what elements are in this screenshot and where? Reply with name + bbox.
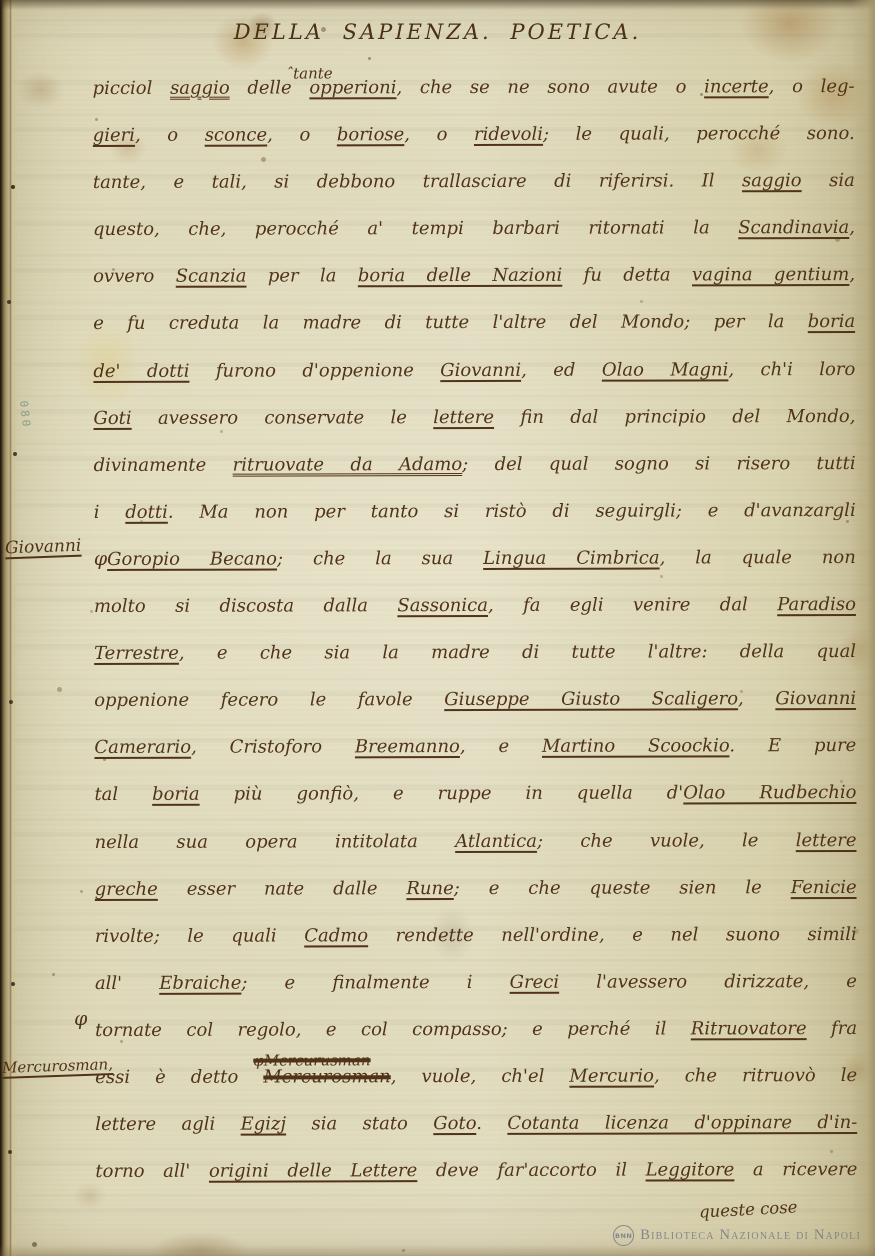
- text-run: sia stato: [286, 1113, 433, 1134]
- underlined-word: Breemanno: [355, 736, 460, 757]
- text-run: . E pure: [729, 735, 856, 756]
- underlined-word: incerte: [704, 76, 769, 97]
- underlined-word: lettere: [796, 830, 857, 851]
- text-run: ; del qual sogno si risero tutti: [462, 453, 855, 475]
- underlined-word: Ritruovatore: [691, 1018, 807, 1039]
- text-run: , la quale non: [660, 547, 856, 569]
- text-run: ,: [849, 264, 855, 285]
- underlined-word: Scanzia: [176, 266, 247, 287]
- underlined-word: Paradiso: [777, 594, 856, 615]
- page-edge-bottom: [0, 1244, 875, 1256]
- text-run: ,: [849, 217, 855, 238]
- library-watermark: BNN Biblioteca Nazionale di Napoli: [613, 1225, 861, 1246]
- underlined-word: dotti: [125, 502, 168, 523]
- text-run: molto si discosta dalla: [94, 595, 398, 617]
- text-run: , o: [404, 124, 474, 145]
- manuscript-scan-page: DELLA SAPIENZA. POETICA. picciol saggio …: [0, 0, 875, 1256]
- text-run: ovvero: [93, 266, 176, 287]
- manuscript-line: lettere agli Egizj sia stato Goto. Cotan…: [95, 1099, 857, 1148]
- library-watermark-label: Biblioteca Nazionale di Napoli: [640, 1227, 861, 1244]
- underlined-word: Lingua Cimbrica: [483, 547, 659, 568]
- underlined-word: boriose: [337, 124, 405, 145]
- text-run: ; che vuole, le: [537, 830, 796, 852]
- underlined-word: Terrestre: [94, 643, 179, 664]
- manuscript-line: tal boria più gonfiò, e ruppe in quella …: [94, 769, 856, 818]
- text-run: ,: [738, 688, 775, 709]
- underlined-word: sconce: [205, 125, 268, 146]
- text-run: fra: [807, 1018, 858, 1039]
- text-run: rendette nell'ordine, e nel suono simili: [368, 924, 857, 946]
- page-edge-top: [0, 0, 875, 10]
- text-run: , vuole, ch'el: [391, 1066, 570, 1087]
- manuscript-line: divinamente ritruovate da Adamo; del qua…: [94, 440, 856, 489]
- margin-note: Giovanni: [5, 536, 82, 559]
- text-run: più gonfiò, e ruppe in quella d': [200, 783, 684, 805]
- manuscript-line: torno all' origini delle Lettere deve fa…: [95, 1146, 857, 1195]
- manuscript-line: molto si discosta dalla Sassonica, fa eg…: [94, 581, 856, 630]
- underlined-word: ridevoli: [474, 124, 543, 145]
- text-run: , ch'i loro: [728, 359, 855, 380]
- text-run: ; che la sua: [277, 548, 483, 570]
- text-run: , fa egli venire dal: [488, 594, 777, 616]
- manuscript-line: greche esser nate dalle Rune; e che ques…: [95, 864, 857, 913]
- text-run: tante, e tali, si debbono trallasciare d…: [93, 170, 742, 193]
- text-run: lettere agli: [95, 1114, 240, 1135]
- underlined-word: Fenicie: [791, 877, 857, 898]
- text-run: sia: [802, 170, 855, 191]
- underlined-word: lettere: [433, 407, 494, 428]
- text-run: questo, che, perocché a' tempi barbari r…: [93, 218, 738, 241]
- library-monogram-icon: BNN: [613, 1225, 634, 1246]
- manuscript-line: i dotti. Ma non per tanto si ristò di se…: [94, 487, 856, 536]
- text-run: , e che sia la madre di tutte l'altre: d…: [179, 641, 856, 664]
- page-title: DELLA SAPIENZA. POETICA.: [0, 20, 875, 44]
- text-run: fu detta: [562, 265, 692, 286]
- underlined-word: Mercurio: [569, 1066, 654, 1087]
- text-run: ; le quali, perocché sono.: [543, 123, 855, 145]
- underlined-word: Martino Scoockio: [542, 736, 729, 757]
- text-run: deve far'accorto il: [417, 1160, 645, 1182]
- text-run: i: [94, 502, 126, 523]
- underlined-word: boria delle Nazioni: [358, 265, 563, 287]
- underlined-word: Olao Magni: [602, 359, 729, 380]
- text-run: picciol: [93, 78, 171, 99]
- underlined-word: greche: [95, 878, 158, 899]
- manuscript-line: φGoropio Becano; che la sua Lingua Cimbr…: [94, 534, 856, 583]
- text-run: essi è detto: [95, 1067, 263, 1088]
- text-run: tal: [94, 784, 152, 805]
- text-run: all': [95, 973, 159, 994]
- manuscript-text: picciol saggio delleˆtante opperioni, ch…: [93, 63, 858, 1195]
- text-run: avessero conservate le: [132, 407, 434, 429]
- margin-note: Mercurosman,: [2, 1055, 114, 1077]
- underlined-word: Olao Rudbechio: [683, 782, 856, 803]
- text-run: ; e che queste sien le: [454, 877, 791, 899]
- underlined-word: Camerario: [94, 737, 191, 758]
- catchword: queste cose: [698, 1197, 797, 1221]
- manuscript-line: oppenione fecero le favole Giuseppe Gius…: [94, 675, 856, 724]
- underlined-word: Ebraiche: [159, 972, 241, 993]
- text-run: e fu creduta la madre di tutte l'altre d…: [93, 312, 808, 335]
- underlined-word: de' dotti: [93, 360, 189, 381]
- text-run: tornate col regolo, e col compasso; e pe…: [95, 1018, 691, 1041]
- archive-stamp: 080: [17, 400, 33, 430]
- insertion-mark: φ: [94, 548, 107, 570]
- underlined-word: ritruovate da Adamo: [233, 454, 463, 476]
- text-run: , Cristoforo: [191, 737, 355, 758]
- underlined-word: boria: [152, 784, 200, 805]
- manuscript-line: gieri, o sconce, o boriose, o ridevoli; …: [93, 110, 855, 159]
- manuscript-line: tornate col regolo, e col compasso; e pe…: [95, 1005, 857, 1054]
- text-run: a ricevere: [734, 1159, 857, 1180]
- underlined-word: Goropio Becano: [107, 548, 277, 569]
- text-run: delle: [230, 77, 292, 98]
- text-run: , o leg-: [769, 76, 855, 97]
- text-run: , e: [460, 736, 542, 757]
- underlined-word: Scandinavia: [738, 217, 849, 238]
- text-run: l'avessero dirizzate, e: [559, 971, 857, 993]
- manuscript-line: e fu creduta la madre di tutte l'altre d…: [93, 298, 855, 347]
- underlined-word: Egizj: [241, 1114, 287, 1135]
- text-run: , o: [135, 125, 205, 146]
- underlined-word: origini delle Lettere: [209, 1160, 417, 1182]
- underlined-word: Cotanta licenza d'oppinare d'in-: [507, 1112, 857, 1134]
- text-run: oppenione fecero le favole: [94, 689, 444, 711]
- text-run: fin dal principio del Mondo,: [494, 406, 855, 428]
- text-run: furono d'oppenione: [189, 360, 440, 382]
- manuscript-line: de' dotti furono d'oppenione Giovanni, e…: [93, 346, 855, 395]
- text-run: nella sua opera intitolata: [95, 831, 456, 853]
- underlined-word: boria: [808, 311, 856, 332]
- underlined-word: Giovanni: [775, 688, 856, 709]
- manuscript-line: Goti avessero conservate le lettere fin …: [93, 393, 855, 442]
- ink-speckles: [0, 0, 3, 3]
- underlined-word: Atlantica: [455, 830, 537, 851]
- manuscript-line: Terrestre, e che sia la madre di tutte l…: [94, 628, 856, 677]
- underlined-word: Goto: [433, 1113, 476, 1134]
- text-run: rivolte; le quali: [95, 925, 304, 947]
- binding-sewing-dots: [0, 0, 4, 4]
- manuscript-line: all' Ebraiche; e finalmente i Greci l'av…: [95, 958, 857, 1007]
- manuscript-line: essi è detto φMercurusmanMercurosman, vu…: [95, 1052, 857, 1101]
- text-run: . Ma non per tanto si ristò di seguirgli…: [168, 500, 856, 523]
- manuscript-line: ovvero Scanzia per la boria delle Nazion…: [93, 251, 855, 300]
- underlined-word: saggio: [170, 78, 230, 99]
- text-run: , che se ne sono avute o: [396, 76, 704, 98]
- underlined-word: Leggitore: [646, 1159, 735, 1180]
- text-run: ; e finalmente i: [241, 972, 509, 994]
- manuscript-line: tante, e tali, si debbono trallasciare d…: [93, 157, 855, 206]
- manuscript-line: rivolte; le quali Cadmo rendette nell'or…: [95, 911, 857, 960]
- underlined-word: Sassonica: [397, 595, 488, 616]
- text-run: , o: [267, 124, 337, 145]
- manuscript-line: questo, che, perocché a' tempi barbari r…: [93, 204, 855, 253]
- manuscript-line: Camerario, Cristoforo Breemanno, e Marti…: [94, 722, 856, 771]
- text-run: , che ritruovò le: [654, 1065, 857, 1087]
- text-run: torno all': [95, 1161, 209, 1182]
- underlined-word: Goti: [93, 408, 131, 429]
- text-run: , ed: [521, 359, 602, 380]
- underlined-word: Greci: [510, 972, 560, 993]
- underlined-word: Giuseppe Giusto Scaligero: [444, 689, 738, 711]
- underlined-word: gieri: [93, 125, 135, 146]
- text-run: esser nate dalle: [158, 878, 407, 900]
- underlined-word: Rune: [406, 878, 453, 899]
- manuscript-line: nella sua opera intitolata Atlantica; ch…: [94, 817, 856, 866]
- underlined-word: vagina gentium: [692, 264, 849, 285]
- underlined-word: saggio: [742, 170, 802, 191]
- text-run: divinamente: [94, 454, 233, 475]
- text-run: .: [476, 1113, 507, 1134]
- underlined-word: Cadmo: [304, 925, 368, 946]
- text-run: per la: [246, 266, 357, 287]
- underlined-word: Giovanni: [440, 359, 521, 380]
- manuscript-line: picciol saggio delleˆtante opperioni, ch…: [93, 63, 855, 112]
- margin-note: φ: [74, 1008, 88, 1030]
